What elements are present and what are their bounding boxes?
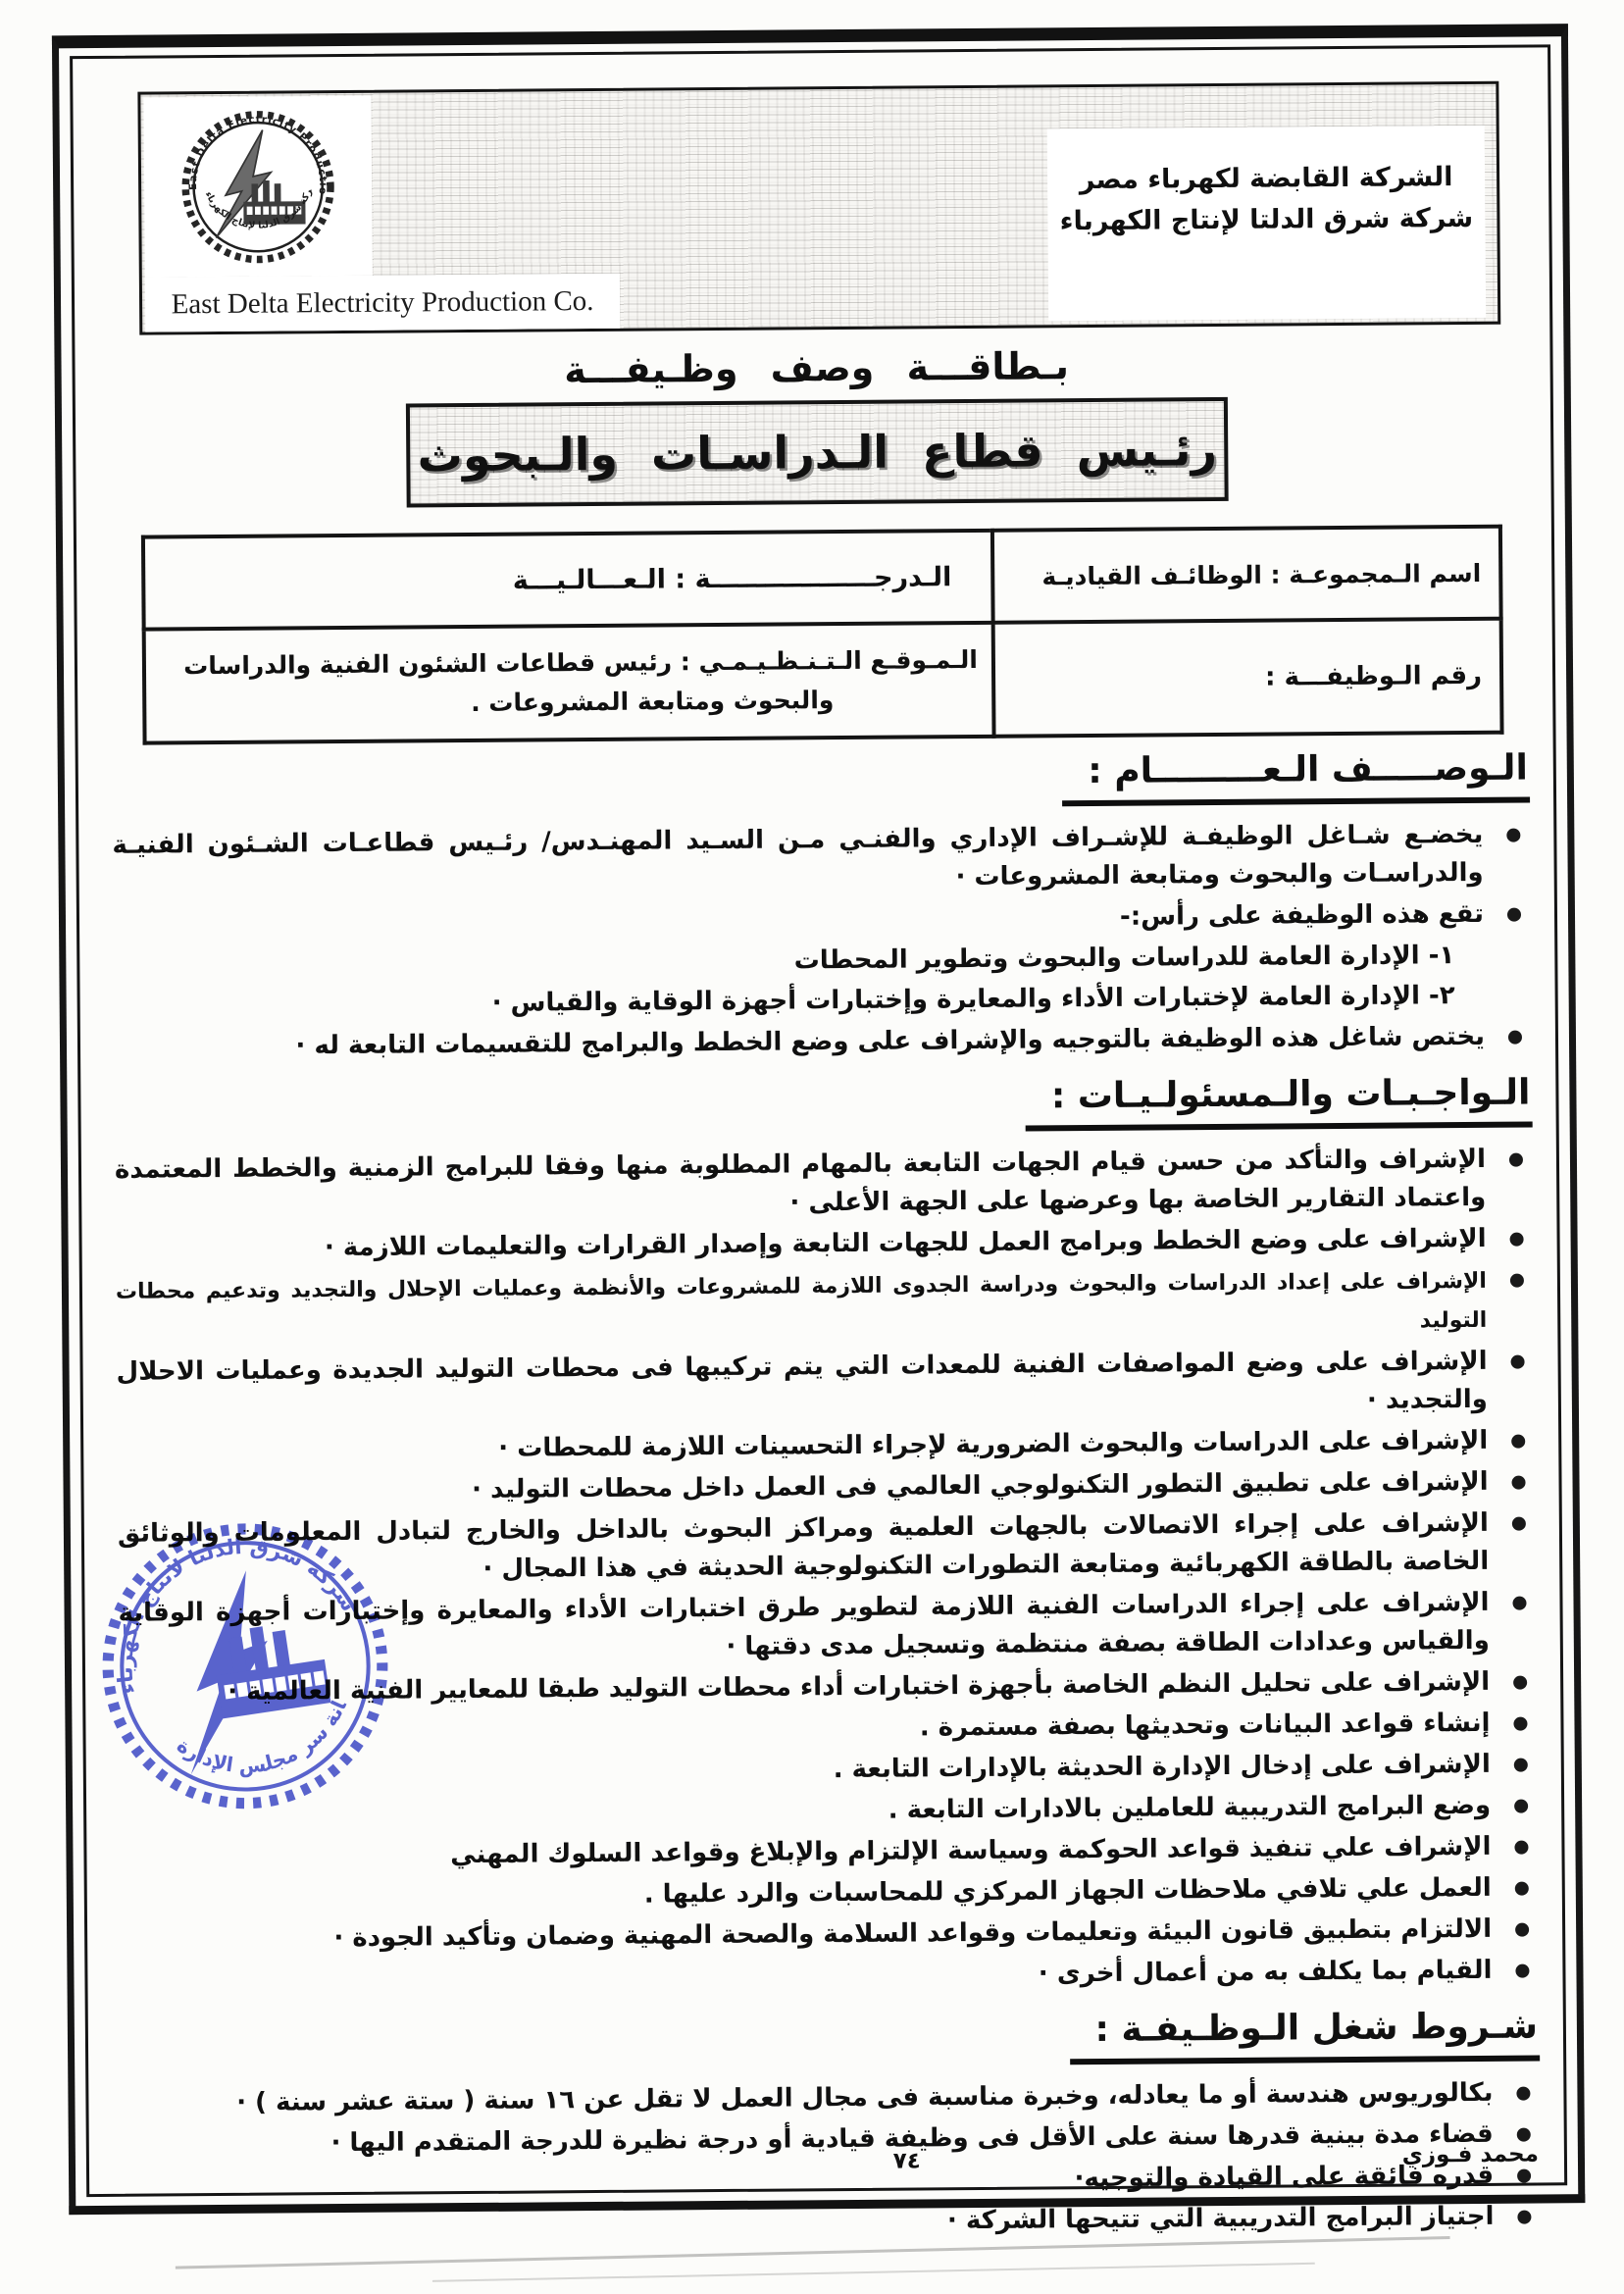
bullet-text: وضع البرامج التدريبية للعاملين بالادارات… xyxy=(888,1791,1492,1825)
bullet-marker-icon xyxy=(1511,1355,1525,1369)
bullet-text: الإشراف على تحليل النظم الخاصة بأجهزة اخ… xyxy=(228,1667,1490,1707)
general-bullet-list: يخضـع شـاغل الوظيفـة للإشـراف الإداري وا… xyxy=(112,816,1530,1067)
bullet-marker-icon xyxy=(1514,1800,1528,1813)
org-position-line1: الـمـوقـع الـتـنـظـيـمـي : رئيس قطاعات ا… xyxy=(160,640,978,687)
scanned-page: East Delta Electricity Production Co. xyxy=(0,0,1624,2294)
bullet-marker-icon xyxy=(1510,1274,1524,1288)
holding-company-name: الشركة القابضة لكهرباء مصر xyxy=(1047,157,1485,202)
bullet-marker-icon xyxy=(1507,908,1521,922)
bullet-marker-icon xyxy=(1517,2211,1531,2224)
bullet-item: يخضـع شـاغل الوظيفـة للإشـراف الإداري وا… xyxy=(112,816,1529,903)
company-logo-panel: East Delta Electricity Production Co. xyxy=(143,96,372,278)
table-row: رقم الـوظيفـــة : الـمـوقـع الـتـنـظـيـم… xyxy=(144,619,1502,743)
bullet-text: إنشاء قواعد البيانات وتحديثها بصفة مستمر… xyxy=(920,1708,1491,1743)
page-content: East Delta Electricity Production Co. xyxy=(100,57,1545,2179)
section-heading-requirements: شـروط شغل الـوظـيفـة : xyxy=(1069,2006,1540,2065)
info-table: اسم الـمجموعـة : الوظائـف القياديـة الـد… xyxy=(141,525,1504,745)
company-names-ar: الشركة القابضة لكهرباء مصر شركة شرق الدل… xyxy=(1047,126,1487,321)
job-title-box: رئـيس قطاع الـدراسـات والـبحوث xyxy=(406,397,1229,508)
job-title: رئـيس قطاع الـدراسـات والـبحوث xyxy=(417,423,1217,482)
bullet-marker-icon xyxy=(1509,1153,1523,1167)
bullet-marker-icon xyxy=(1514,1759,1528,1772)
footer-page-number: ٧٤ xyxy=(893,2148,921,2173)
bullet-item: الإشراف على وضع المواصفات الفنية للمعدات… xyxy=(116,1343,1533,1430)
page-inner-frame: East Delta Electricity Production Co. xyxy=(70,44,1567,2197)
org-position-cell: الـمـوقـع الـتـنـظـيـمـي : رئيس قطاعات ا… xyxy=(144,623,994,743)
bullet-text: الإشراف على إعداد الدراسات والبحوث ودراس… xyxy=(116,1269,1487,1334)
grade-cell: الـدرجــــــــــــــــــة : الـعـــالـيـ… xyxy=(143,531,993,630)
bullet-marker-icon xyxy=(1511,1476,1525,1490)
bullet-item: الإشراف والتأكد من حسن قيام الجهات التاب… xyxy=(115,1141,1532,1228)
bullet-text: الإشراف علي تنفيذ قواعد الحوكمة وسياسة ا… xyxy=(450,1832,1491,1869)
job-number-cell: رقم الـوظيفـــة : xyxy=(993,619,1502,737)
bullet-marker-icon xyxy=(1512,1597,1526,1610)
company-name-en: East Delta Electricity Production Co. xyxy=(145,274,620,332)
bullet-text: القيام بما يكلف به من أعمال أخرى · xyxy=(1039,1956,1493,1989)
bullet-marker-icon xyxy=(1515,1923,1529,1937)
group-name-cell: اسم الـمجموعـة : الوظائـف القياديـة xyxy=(992,527,1501,623)
requirements-bullet-list: بكالوريوس هندسة أو ما يعادله، وخبرة مناس… xyxy=(122,2073,1539,2246)
bullet-marker-icon xyxy=(1515,1882,1529,1896)
bullet-marker-icon xyxy=(1512,1517,1526,1531)
bullet-text: الإشراف على إدخال الإدارة الحديثة بالإدا… xyxy=(834,1750,1491,1784)
bullet-marker-icon xyxy=(1513,1717,1527,1731)
bullet-text: بكالوريوس هندسة أو ما يعادله، وخبرة مناس… xyxy=(236,2078,1494,2117)
bullet-text: الإشراف والتأكد من حسن قيام الجهات التاب… xyxy=(115,1145,1486,1218)
bullet-text: الإشراف على تطبيق التطور التكنولوجي العا… xyxy=(472,1467,1489,1504)
table-row: اسم الـمجموعـة : الوظائـف القياديـة الـد… xyxy=(143,527,1501,630)
bullet-marker-icon xyxy=(1517,2169,1531,2183)
bullet-marker-icon xyxy=(1510,1233,1524,1247)
bullet-text: الإشراف على الدراسات والبحوث الضرورية لإ… xyxy=(498,1426,1488,1463)
bullet-text: الإشراف على وضع المواصفات الفنية للمعدات… xyxy=(116,1347,1487,1415)
doc-title: بـطاقـــة وصف وظـيفـــة xyxy=(102,340,1530,394)
bullet-marker-icon xyxy=(1517,2128,1531,2142)
bullet-text: تقع هذه الوظيفة على رأس:- xyxy=(1120,899,1484,932)
bullet-text: الإشراف على وضع الخطط وبرامج العمل للجها… xyxy=(325,1224,1487,1262)
section-heading-general: الـوصـــــف الـعـــــــــام : xyxy=(1062,748,1530,807)
scan-artifact-line xyxy=(432,2263,1315,2282)
bullet-text: يختص شاغل هذه الوظيفة بالتوجيه والإشراف … xyxy=(295,1022,1485,1061)
bullet-item: الإشراف على إعداد الدراسات والبحوث ودراس… xyxy=(116,1261,1533,1351)
company-stamp-seal-icon: شركة شرق الدلتا لانتاج الكهرباء امانة سر… xyxy=(76,1497,414,1835)
org-position-line2: والبحوث ومتابعة المشروعات . xyxy=(160,680,978,726)
bullet-text: الالتزام بتطبيق قانون البيئة وتعليمات وق… xyxy=(333,1914,1492,1953)
bullet-text: العمل علي تلافي ملاحظات الجهاز المركزي ل… xyxy=(644,1873,1492,1910)
company-name-ar: شركة شرق الدلتا لإنتاج الكهرباء xyxy=(1047,198,1485,243)
company-seal-icon: East Delta Electricity Production Co. xyxy=(176,105,339,269)
page-outer-frame: East Delta Electricity Production Co. xyxy=(52,24,1585,2215)
bullet-marker-icon xyxy=(1515,1964,1529,1978)
bullet-marker-icon xyxy=(1516,2087,1530,2101)
bullet-text: اجتياز البرامج التدريبية التي تتيحها الش… xyxy=(947,2202,1495,2235)
bullet-marker-icon xyxy=(1514,1841,1528,1855)
bullet-marker-icon xyxy=(1508,1031,1522,1045)
header-box: East Delta Electricity Production Co. xyxy=(137,81,1500,335)
bullet-marker-icon xyxy=(1506,829,1520,842)
bullet-marker-icon xyxy=(1513,1676,1527,1690)
bullet-text: يخضـع شـاغل الوظيفـة للإشـراف الإداري وا… xyxy=(112,820,1483,892)
footer-signature: محمد فـوزي xyxy=(1402,2141,1539,2167)
bullet-marker-icon xyxy=(1511,1435,1525,1449)
section-heading-duties: الـواجـبـات والـمسئولـيـات : xyxy=(1026,1072,1533,1131)
